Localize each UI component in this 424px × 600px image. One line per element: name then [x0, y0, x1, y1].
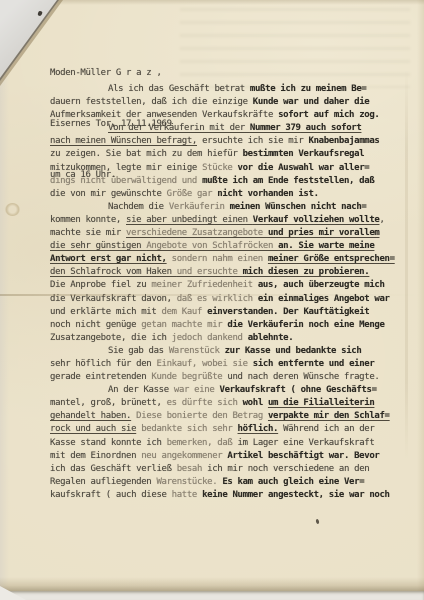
text-segment: An der Kasse	[108, 385, 174, 395]
text-line: zu zeigen. Sie bat mich zu dem hiefür be…	[50, 148, 395, 161]
text-segment: rock und auch sie	[50, 424, 136, 434]
text-segment: Knabenbajammas	[309, 136, 380, 146]
text-segment: die von mir gewünschte	[50, 189, 167, 199]
bleed-through-ghosting	[180, 8, 410, 88]
text-segment: um die Filialleiterin	[268, 398, 374, 408]
text-segment: Kasse stand konnte ich	[50, 438, 167, 448]
text-segment: zu zeigen. Sie bat mich zu dem hiefür	[50, 149, 243, 159]
text-segment: ich mir noch verschiedene an den	[207, 464, 369, 474]
text-segment: sehr höflich für den	[50, 359, 156, 369]
text-segment: Regalen aufliegenden	[50, 477, 156, 487]
text-segment: meiner Zufriedenheit	[151, 280, 257, 290]
text-segment: Die Anprobe fiel zu	[50, 280, 151, 290]
text-line: kaufskraft ( auch diese hatte keine Numm…	[50, 489, 395, 502]
text-segment: Als ich das Geschäft betrat	[108, 84, 250, 94]
text-line: mantel, groß, brünett, es dürfte sich wo…	[50, 397, 395, 410]
text-segment: war eine	[174, 385, 220, 395]
text-line: dings nicht überwältigend und mußte ich …	[50, 175, 395, 188]
text-segment: mich diesen zu probieren.	[243, 267, 370, 277]
text-segment: Sie gab das	[108, 346, 169, 356]
scanned-document-page: { "colors": { "paper": "#eae1c8", "ink":…	[0, 0, 424, 600]
text-segment: und pries mir vorallem	[268, 228, 380, 238]
text-segment: wohl	[243, 398, 268, 408]
text-line: rock und auch sie bedankte sich sehr höf…	[50, 423, 395, 436]
text-segment: ich das Geschäft verließ	[50, 464, 177, 474]
text-segment: an. Sie warte meine	[278, 241, 374, 251]
paper-stain-ring	[5, 203, 20, 216]
text-segment: mit dem Einordnen	[50, 451, 141, 461]
text-segment: ,	[379, 215, 384, 225]
text-segment: jedoch dankend	[172, 333, 248, 343]
text-segment: hatte	[172, 490, 202, 500]
text-segment: Größe gar	[167, 189, 218, 199]
text-segment: sich entfernte und einer	[253, 359, 375, 369]
text-segment: auch sofort	[301, 123, 362, 133]
text-segment: mußte ich zu meinem Be=	[250, 84, 367, 94]
text-segment: machte sie mir	[50, 228, 126, 238]
text-segment: Nummer 379	[250, 123, 301, 133]
text-segment: verschiedene Zusatzangebote	[126, 228, 268, 238]
text-segment: Zusatzangebote, die ich	[50, 333, 172, 343]
text-segment: Nachdem die	[108, 202, 169, 212]
text-line: Aufmerksamkeit der anwesenden Verkaufskr…	[50, 109, 395, 122]
text-segment: gehandelt haben.	[50, 411, 131, 421]
text-segment: noch nicht genüge	[50, 320, 141, 330]
text-line: mitzukommen, legte mir einige Stücke vor…	[50, 162, 395, 175]
text-line: An der Kasse war eine Verkaufskraft ( oh…	[50, 384, 395, 397]
text-line: Von der Verkäuferin mit der Nummer 379 a…	[50, 122, 395, 135]
text-segment: meiner Größe entsprechen=	[268, 254, 395, 264]
text-segment: Antwort erst gar nicht,	[50, 254, 167, 264]
text-segment: getan machte mir	[141, 320, 227, 330]
text-line: die sehr günstigen Angebote von Schlafrö…	[50, 240, 395, 253]
bottom-edge-shadow	[0, 577, 424, 591]
text-segment: Stücke	[202, 163, 237, 173]
text-segment: sondern nahm einen	[167, 254, 268, 264]
text-segment: mitzukommen, legte mir einige	[50, 163, 202, 173]
text-line: mit dem Einordnen neu angekommener Artik…	[50, 450, 395, 463]
text-line: die von mir gewünschte Größe gar nicht v…	[50, 188, 395, 201]
text-line: Zusatzangebote, die ich jedoch dankend a…	[50, 332, 395, 345]
text-segment: bestimmten Verkaufsregal	[243, 149, 365, 159]
text-segment: keine Nummer angesteckt, sie war noch	[202, 490, 390, 500]
text-segment: kommen konnte,	[50, 215, 126, 225]
small-speck	[315, 519, 319, 525]
text-segment: mantel, groß, brünett,	[50, 398, 167, 408]
text-segment: Von der Verkäuferin mit der	[108, 123, 250, 133]
text-segment: dem Kauf	[162, 307, 208, 317]
text-line: nach meinen Wünschen befragt, ersuchte i…	[50, 135, 395, 148]
text-line: noch nicht genüge getan machte mir die V…	[50, 319, 395, 332]
text-segment: im Lager eine Verkaufskraft	[238, 438, 375, 448]
text-segment: Verkäuferin	[169, 202, 230, 212]
scan-bottom-edge	[0, 591, 424, 600]
text-segment: den Schlafrock vom Haken	[50, 267, 177, 277]
text-segment: bedankte sich sehr	[136, 424, 237, 434]
text-segment: Verkauf vollziehen wollte	[253, 215, 380, 225]
text-line: Nachdem die Verkäuferin meinen Wünschen …	[50, 201, 395, 214]
text-line: machte sie mir verschiedene Zusatzangebo…	[50, 227, 395, 240]
folded-corner	[0, 0, 57, 78]
text-line: kommen konnte, sie aber unbedingt einen …	[50, 214, 395, 227]
text-segment: meinen Wünschen nicht nach=	[230, 202, 367, 212]
text-segment: Aufmerksamkeit der anwesenden Verkaufskr…	[50, 110, 278, 120]
text-segment: und erklärte mich mit	[50, 307, 162, 317]
text-segment: sofort auf mich zog.	[278, 110, 379, 120]
text-segment: höflich.	[238, 424, 279, 434]
vertical-crease	[405, 70, 408, 460]
text-segment: und ersuchte	[177, 267, 243, 277]
text-segment: die Verkäuferin noch eine Menge	[227, 320, 384, 330]
header-line-sender: Moden-Müller G r a z ,	[50, 67, 172, 80]
text-line: Sie gab das Warenstück zur Kasse und bed…	[50, 345, 395, 358]
text-segment: dings nicht überwältigend und	[50, 176, 202, 186]
text-segment: ablehnte.	[248, 333, 294, 343]
text-segment: mußte ich am Ende feststellen, daß	[202, 176, 374, 186]
text-segment: zur Kasse und bedankte sich	[225, 346, 362, 356]
text-segment: Verkaufskraft ( ohne Geschäfts=	[220, 385, 377, 395]
text-line: dauern feststellen, daß ich die einzige …	[50, 96, 395, 109]
text-line: Antwort erst gar nicht, sondern nahm ein…	[50, 253, 395, 266]
text-segment: Während ich an der	[278, 424, 374, 434]
text-segment: verpakte mir den Schlaf=	[268, 411, 390, 421]
text-segment: Kunde begrüßte	[151, 372, 227, 382]
horizontal-crease	[0, 294, 424, 296]
text-segment: dauern feststellen, daß ich die einzige	[50, 97, 253, 107]
text-segment: bemerken, daß	[167, 438, 238, 448]
text-segment: Warenstücke.	[156, 477, 222, 487]
text-segment: besah	[177, 464, 207, 474]
text-line: und erklärte mich mit dem Kauf einversta…	[50, 306, 395, 319]
text-segment: Diese bonierte den Betrag	[131, 411, 268, 421]
text-line: Regalen aufliegenden Warenstücke. Es kam…	[50, 476, 395, 489]
text-segment: Kunde war und daher die	[253, 97, 370, 107]
text-segment: ersuchte ich sie mir	[197, 136, 309, 146]
text-segment: sie aber unbedingt einen	[126, 215, 253, 225]
document-body: Als ich das Geschäft betrat mußte ich zu…	[50, 83, 395, 502]
text-line: Als ich das Geschäft betrat mußte ich zu…	[50, 83, 395, 96]
text-line: den Schlafrock vom Haken und ersuchte mi…	[50, 266, 395, 279]
text-segment: die sehr günstigen	[50, 241, 146, 251]
text-segment: nach meinen Wünschen befragt,	[50, 136, 197, 146]
text-line: ich das Geschäft verließ besah ich mir n…	[50, 463, 395, 476]
text-segment: nicht vorhanden ist.	[217, 189, 318, 199]
text-segment: Es kam auch gleich eine Ver=	[222, 477, 364, 487]
text-segment: gerade eintretenden	[50, 372, 151, 382]
text-line: Die Anprobe fiel zu meiner Zufriedenheit…	[50, 279, 395, 292]
text-segment: Einkauf, wobei sie	[156, 359, 252, 369]
text-line: sehr höflich für den Einkauf, wobei sie …	[50, 358, 395, 371]
text-segment: aus, auch überzeugte mich	[258, 280, 385, 290]
text-segment: und nach deren Wünsche fragte.	[227, 372, 379, 382]
text-segment: Angebote von Schlafröcken	[146, 241, 278, 251]
text-segment: einverstanden. Der Kauftätigkeit	[207, 307, 369, 317]
text-line: Kasse stand konnte ich bemerken, daß im …	[50, 437, 395, 450]
text-segment: neu angekommener	[141, 451, 227, 461]
text-line: gehandelt haben. Diese bonierte den Betr…	[50, 410, 395, 423]
text-segment: Artikel beschäftigt war. Bevor	[227, 451, 379, 461]
text-segment: vor die Auswahl war aller=	[238, 163, 370, 173]
text-segment: kaufskraft ( auch diese	[50, 490, 172, 500]
text-segment: Warenstück	[169, 346, 225, 356]
text-segment: es dürfte sich	[167, 398, 243, 408]
text-line: gerade eintretenden Kunde begrüßte und n…	[50, 371, 395, 384]
